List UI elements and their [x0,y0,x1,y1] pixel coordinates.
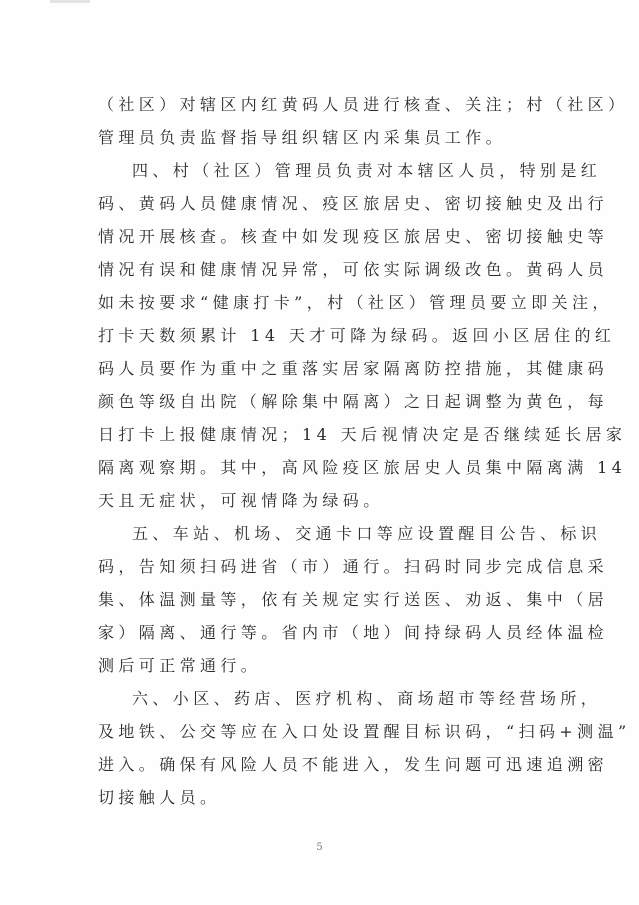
paragraph-four: 四、村（社区）管理员负责对本辖区人员，特别是红 码、黄码人员健康情况、疫区旅居史… [98,154,544,517]
page-number: 5 [0,842,639,853]
text-line: 四、村（社区）管理员负责对本辖区人员，特别是红 [98,154,544,187]
text-line: 五、车站、机场、交通卡口等应设置醒目公告、标识 [98,517,544,550]
text-line: 打卡天数须累计 14 天才可降为绿码。返回小区居住的红 [98,319,544,352]
text-line: 码、黄码人员健康情况、疫区旅居史、密切接触史及出行 [98,187,544,220]
text-line: 进入。确保有风险人员不能进入，发生问题可迅速追溯密 [98,748,544,781]
text-line: 天且无症状，可视情降为绿码。 [98,484,544,517]
text-line: 集、体温测量等，依有关规定实行送医、劝返、集中（居 [98,583,544,616]
text-line: 日打卡上报健康情况；14 天后视情决定是否继续延长居家 [98,418,544,451]
text-line: 测后可正常通行。 [98,649,544,682]
text-line: 管理员负责监督指导组织辖区内采集员工作。 [98,121,544,154]
paragraph-five: 五、车站、机场、交通卡口等应设置醒目公告、标识 码，告知须扫码进省（市）通行。扫… [98,517,544,682]
text-line: 码人员要作为重中之重落实居家隔离防控措施，其健康码 [98,352,544,385]
text-line: 情况有误和健康情况异常，可依实际调级改色。黄码人员 [98,253,544,286]
text-line: 切接触人员。 [98,781,544,814]
text-line: 六、小区、药店、医疗机构、商场超市等经营场所， [98,682,544,715]
text-line: （社区）对辖区内红黄码人员进行核查、关注；村（社区） [98,88,544,121]
document-body: （社区）对辖区内红黄码人员进行核查、关注；村（社区） 管理员负责监督指导组织辖区… [98,88,544,814]
document-page: （社区）对辖区内红黄码人员进行核查、关注；村（社区） 管理员负责监督指导组织辖区… [0,0,639,905]
text-line: 如未按要求“健康打卡”，村（社区）管理员要立即关注， [98,286,544,319]
scan-artifact [50,0,90,3]
paragraph-six: 六、小区、药店、医疗机构、商场超市等经营场所， 及地铁、公交等应在入口处设置醒目… [98,682,544,814]
text-line: 及地铁、公交等应在入口处设置醒目标识码，“扫码+测温” [98,715,544,748]
paragraph-continuation: （社区）对辖区内红黄码人员进行核查、关注；村（社区） 管理员负责监督指导组织辖区… [98,88,544,154]
text-line: 隔离观察期。其中，高风险疫区旅居史人员集中隔离满 14 [98,451,544,484]
text-line: 情况开展核查。核查中如发现疫区旅居史、密切接触史等 [98,220,544,253]
text-line: 家）隔离、通行等。省内市（地）间持绿码人员经体温检 [98,616,544,649]
text-line: 码，告知须扫码进省（市）通行。扫码时同步完成信息采 [98,550,544,583]
text-line: 颜色等级自出院（解除集中隔离）之日起调整为黄色，每 [98,385,544,418]
